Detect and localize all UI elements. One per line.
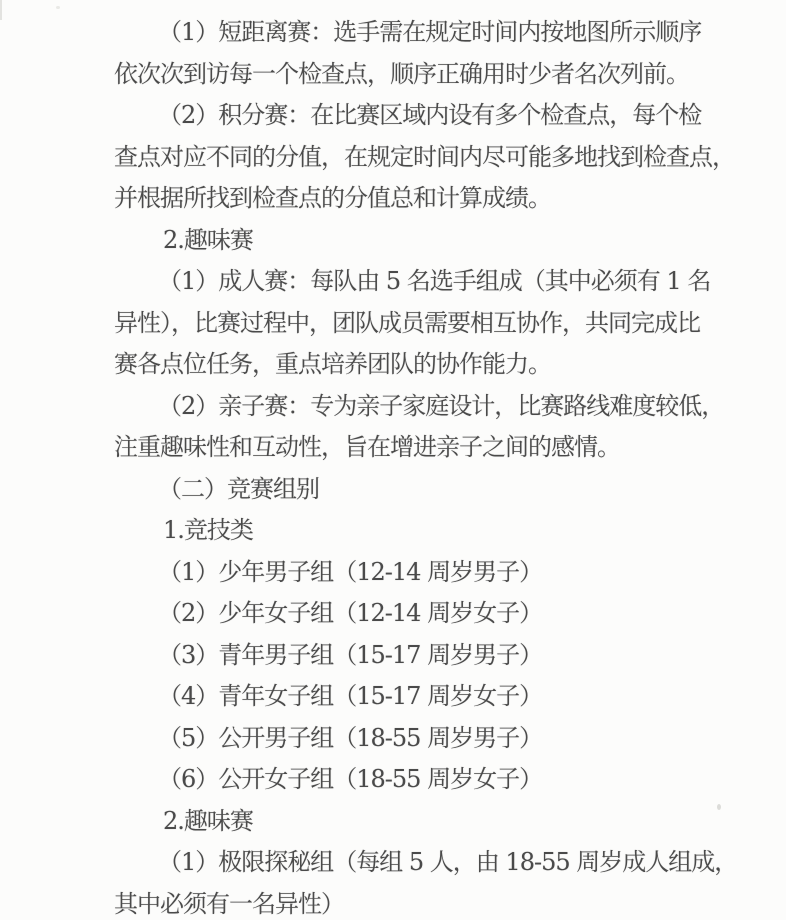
document-list-item: （1）极限探秘组（每组 5 人，由 18-55 周岁成人组成， [114,842,786,884]
document-heading: 2.趣味赛 [114,801,786,843]
document-line: （2）亲子赛：专为亲子家庭设计，比赛路线难度较低， [114,386,786,428]
document-heading: 2.趣味赛 [114,220,786,262]
document-heading: 1.竞技类 [114,510,786,552]
document-list-item: （4）青年女子组（15-17 周岁女子） [114,676,786,718]
document-list-item: （3）青年男子组（15-17 周岁男子） [114,635,786,677]
document-line: 并根据所找到检查点的分值总和计算成绩。 [114,178,786,220]
document-line: 异性），比赛过程中，团队成员需要相互协作，共同完成比 [114,303,786,345]
document-list-item: （6）公开女子组（18-55 周岁女子） [114,759,786,801]
document-line: 注重趣味性和互动性，旨在增进亲子之间的感情。 [114,427,786,469]
document-line: 赛各点位任务，重点培养团队的协作能力。 [114,344,786,386]
document-line: （1）短距离赛：选手需在规定时间内按地图所示顺序 [114,12,786,54]
document-list-item: （2）少年女子组（12-14 周岁女子） [114,593,786,635]
document-line: 查点对应不同的分值，在规定时间内尽可能多地找到检查点， [114,137,786,179]
document-list-item: （5）公开男子组（18-55 周岁男子） [114,718,786,760]
document-line: （2）积分赛：在比赛区域内设有多个检查点，每个检 [114,95,786,137]
document-page: （1）短距离赛：选手需在规定时间内按地图所示顺序 依次次到访每一个检查点，顺序正… [0,0,786,920]
scan-speck [56,6,60,9]
scan-speck [717,804,721,810]
document-heading: （二）竞赛组别 [114,469,786,511]
scan-edge-smudge [0,0,2,20]
document-line: 其中必须有一名异性） [114,884,786,920]
document-line: （1）成人赛：每队由 5 名选手组成（其中必须有 1 名 [114,261,786,303]
document-line: 依次次到访每一个检查点，顺序正确用时少者名次列前。 [114,54,786,96]
document-list-item: （1）少年男子组（12-14 周岁男子） [114,552,786,594]
